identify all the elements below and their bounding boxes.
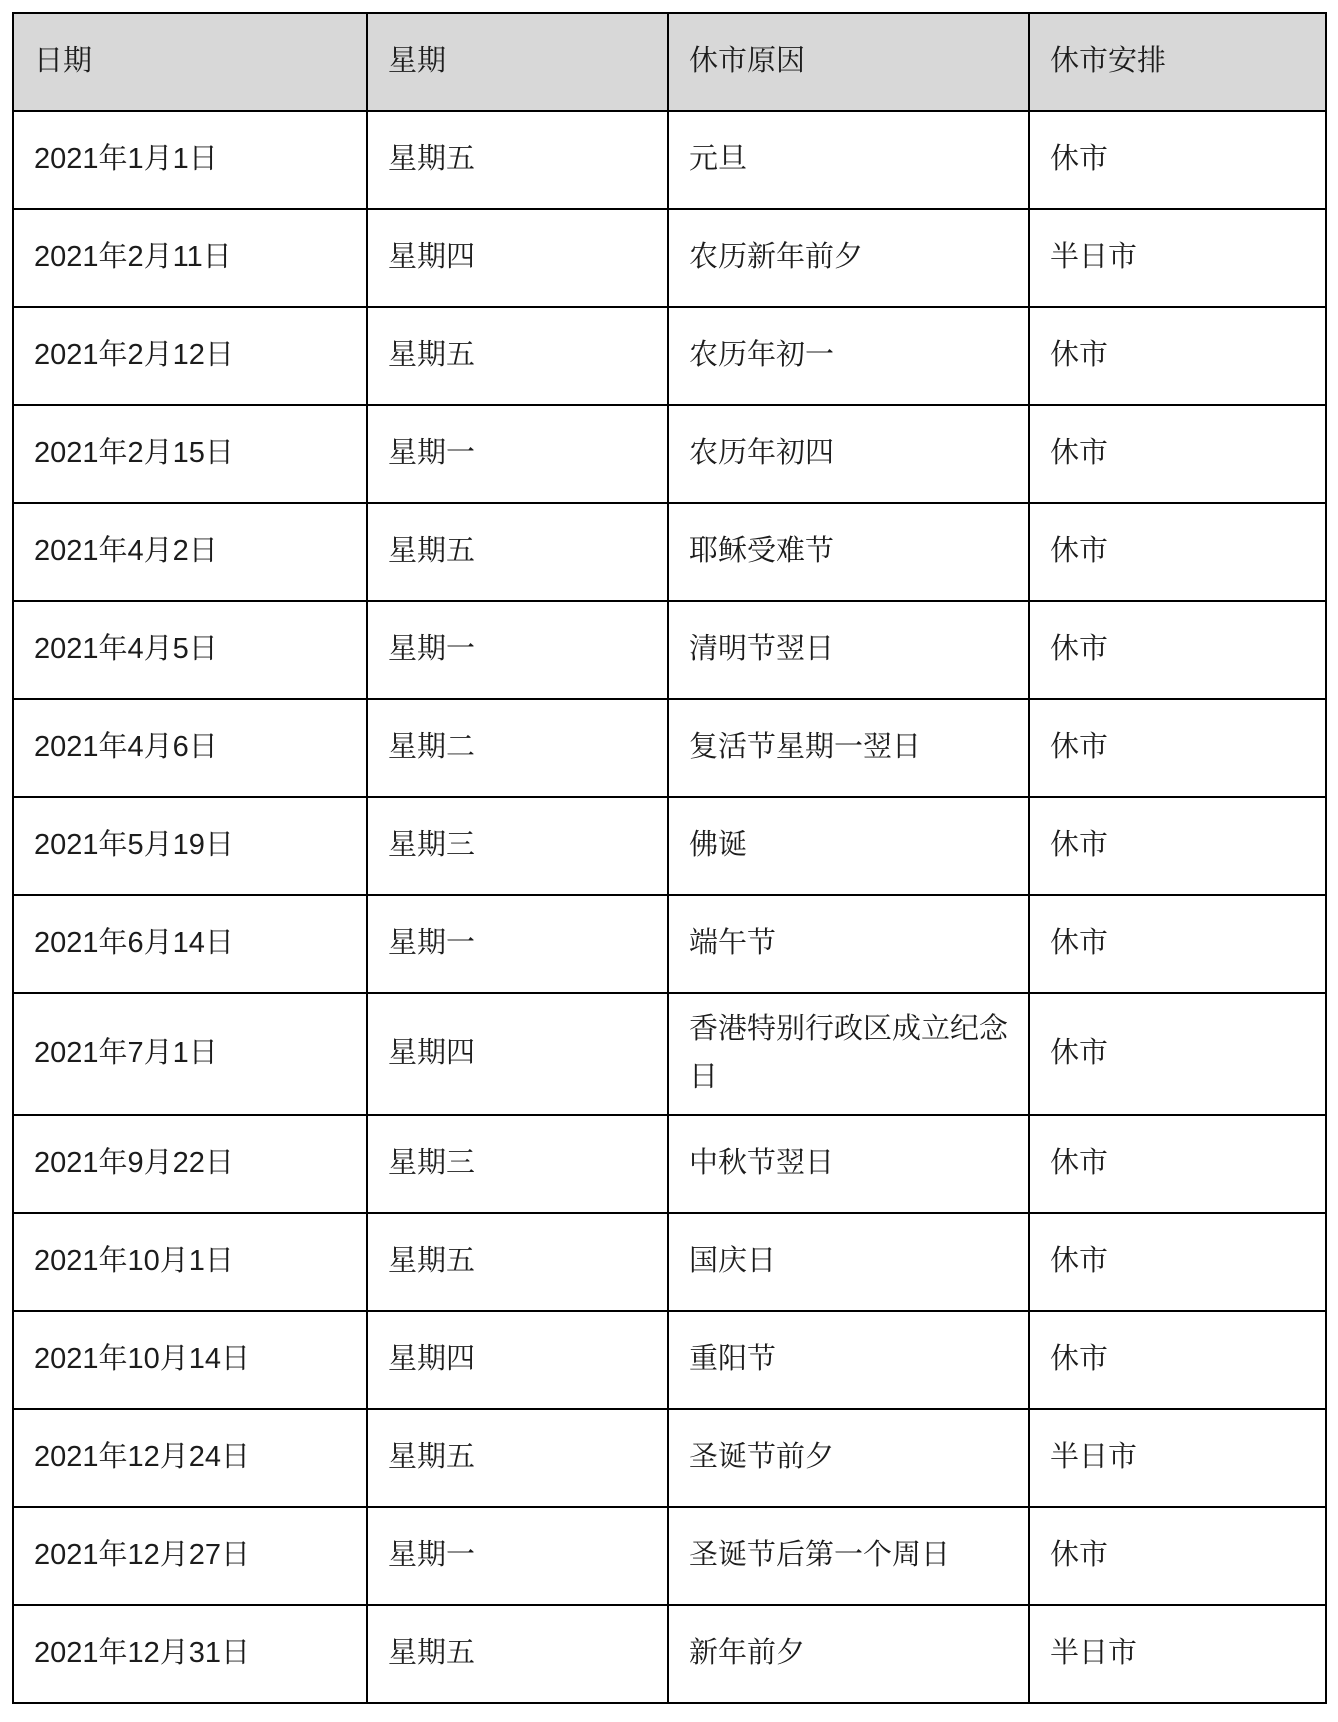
cell-reason: 清明节翌日 bbox=[668, 601, 1029, 699]
cell-arrangement: 休市 bbox=[1029, 503, 1326, 601]
cell-date: 2021年1月1日 bbox=[13, 111, 367, 209]
table-row: 2021年10月14日 星期四 重阳节 休市 bbox=[13, 1311, 1326, 1409]
cell-arrangement: 休市 bbox=[1029, 797, 1326, 895]
table-row: 2021年2月12日 星期五 农历年初一 休市 bbox=[13, 307, 1326, 405]
cell-date: 2021年4月2日 bbox=[13, 503, 367, 601]
cell-weekday: 星期四 bbox=[367, 993, 668, 1115]
table-row: 2021年6月14日 星期一 端午节 休市 bbox=[13, 895, 1326, 993]
cell-arrangement: 休市 bbox=[1029, 601, 1326, 699]
cell-arrangement: 休市 bbox=[1029, 699, 1326, 797]
cell-reason: 复活节星期一翌日 bbox=[668, 699, 1029, 797]
cell-arrangement: 休市 bbox=[1029, 993, 1326, 1115]
table-row: 2021年12月24日 星期五 圣诞节前夕 半日市 bbox=[13, 1409, 1326, 1507]
cell-weekday: 星期五 bbox=[367, 1409, 668, 1507]
cell-reason: 农历年初四 bbox=[668, 405, 1029, 503]
cell-weekday: 星期一 bbox=[367, 601, 668, 699]
column-header-reason: 休市原因 bbox=[668, 13, 1029, 111]
cell-date: 2021年10月14日 bbox=[13, 1311, 367, 1409]
table-row: 2021年1月1日 星期五 元旦 休市 bbox=[13, 111, 1326, 209]
cell-reason: 元旦 bbox=[668, 111, 1029, 209]
cell-date: 2021年7月1日 bbox=[13, 993, 367, 1115]
table-row: 2021年4月2日 星期五 耶稣受难节 休市 bbox=[13, 503, 1326, 601]
table-row: 2021年7月1日 星期四 香港特别行政区成立纪念日 休市 bbox=[13, 993, 1326, 1115]
cell-reason: 新年前夕 bbox=[668, 1605, 1029, 1703]
table-row: 2021年4月5日 星期一 清明节翌日 休市 bbox=[13, 601, 1326, 699]
cell-weekday: 星期五 bbox=[367, 1213, 668, 1311]
cell-weekday: 星期一 bbox=[367, 895, 668, 993]
cell-date: 2021年12月24日 bbox=[13, 1409, 367, 1507]
table-row: 2021年12月31日 星期五 新年前夕 半日市 bbox=[13, 1605, 1326, 1703]
table-row: 2021年12月27日 星期一 圣诞节后第一个周日 休市 bbox=[13, 1507, 1326, 1605]
cell-date: 2021年4月5日 bbox=[13, 601, 367, 699]
cell-reason: 中秋节翌日 bbox=[668, 1115, 1029, 1213]
cell-reason: 端午节 bbox=[668, 895, 1029, 993]
cell-reason: 圣诞节前夕 bbox=[668, 1409, 1029, 1507]
table-row: 2021年4月6日 星期二 复活节星期一翌日 休市 bbox=[13, 699, 1326, 797]
cell-date: 2021年6月14日 bbox=[13, 895, 367, 993]
cell-arrangement: 休市 bbox=[1029, 111, 1326, 209]
table-row: 2021年2月11日 星期四 农历新年前夕 半日市 bbox=[13, 209, 1326, 307]
cell-reason: 重阳节 bbox=[668, 1311, 1029, 1409]
market-holiday-table: 日期 星期 休市原因 休市安排 2021年1月1日 星期五 元旦 休市 2021… bbox=[12, 12, 1327, 1704]
cell-reason: 香港特别行政区成立纪念日 bbox=[668, 993, 1029, 1115]
table-row: 2021年10月1日 星期五 国庆日 休市 bbox=[13, 1213, 1326, 1311]
cell-arrangement: 休市 bbox=[1029, 405, 1326, 503]
cell-date: 2021年4月6日 bbox=[13, 699, 367, 797]
cell-arrangement: 休市 bbox=[1029, 1311, 1326, 1409]
cell-weekday: 星期四 bbox=[367, 209, 668, 307]
cell-weekday: 星期三 bbox=[367, 797, 668, 895]
cell-date: 2021年12月31日 bbox=[13, 1605, 367, 1703]
cell-date: 2021年9月22日 bbox=[13, 1115, 367, 1213]
cell-weekday: 星期二 bbox=[367, 699, 668, 797]
cell-arrangement: 半日市 bbox=[1029, 1409, 1326, 1507]
cell-date: 2021年2月15日 bbox=[13, 405, 367, 503]
cell-reason: 圣诞节后第一个周日 bbox=[668, 1507, 1029, 1605]
cell-reason: 农历年初一 bbox=[668, 307, 1029, 405]
cell-reason: 耶稣受难节 bbox=[668, 503, 1029, 601]
cell-arrangement: 休市 bbox=[1029, 895, 1326, 993]
cell-date: 2021年10月1日 bbox=[13, 1213, 367, 1311]
cell-weekday: 星期五 bbox=[367, 111, 668, 209]
cell-reason: 佛诞 bbox=[668, 797, 1029, 895]
column-header-weekday: 星期 bbox=[367, 13, 668, 111]
cell-date: 2021年2月12日 bbox=[13, 307, 367, 405]
cell-arrangement: 休市 bbox=[1029, 1507, 1326, 1605]
page: 日期 星期 休市原因 休市安排 2021年1月1日 星期五 元旦 休市 2021… bbox=[0, 0, 1338, 1722]
cell-weekday: 星期五 bbox=[367, 503, 668, 601]
cell-arrangement: 休市 bbox=[1029, 1115, 1326, 1213]
table-row: 2021年2月15日 星期一 农历年初四 休市 bbox=[13, 405, 1326, 503]
cell-weekday: 星期三 bbox=[367, 1115, 668, 1213]
cell-weekday: 星期四 bbox=[367, 1311, 668, 1409]
cell-reason: 农历新年前夕 bbox=[668, 209, 1029, 307]
cell-arrangement: 休市 bbox=[1029, 1213, 1326, 1311]
cell-date: 2021年5月19日 bbox=[13, 797, 367, 895]
cell-weekday: 星期一 bbox=[367, 405, 668, 503]
cell-date: 2021年12月27日 bbox=[13, 1507, 367, 1605]
cell-arrangement: 半日市 bbox=[1029, 1605, 1326, 1703]
cell-arrangement: 半日市 bbox=[1029, 209, 1326, 307]
cell-weekday: 星期一 bbox=[367, 1507, 668, 1605]
column-header-date: 日期 bbox=[13, 13, 367, 111]
column-header-arrangement: 休市安排 bbox=[1029, 13, 1326, 111]
table-row: 2021年5月19日 星期三 佛诞 休市 bbox=[13, 797, 1326, 895]
cell-date: 2021年2月11日 bbox=[13, 209, 367, 307]
cell-weekday: 星期五 bbox=[367, 1605, 668, 1703]
table-header-row: 日期 星期 休市原因 休市安排 bbox=[13, 13, 1326, 111]
table-row: 2021年9月22日 星期三 中秋节翌日 休市 bbox=[13, 1115, 1326, 1213]
cell-arrangement: 休市 bbox=[1029, 307, 1326, 405]
cell-reason: 国庆日 bbox=[668, 1213, 1029, 1311]
cell-weekday: 星期五 bbox=[367, 307, 668, 405]
